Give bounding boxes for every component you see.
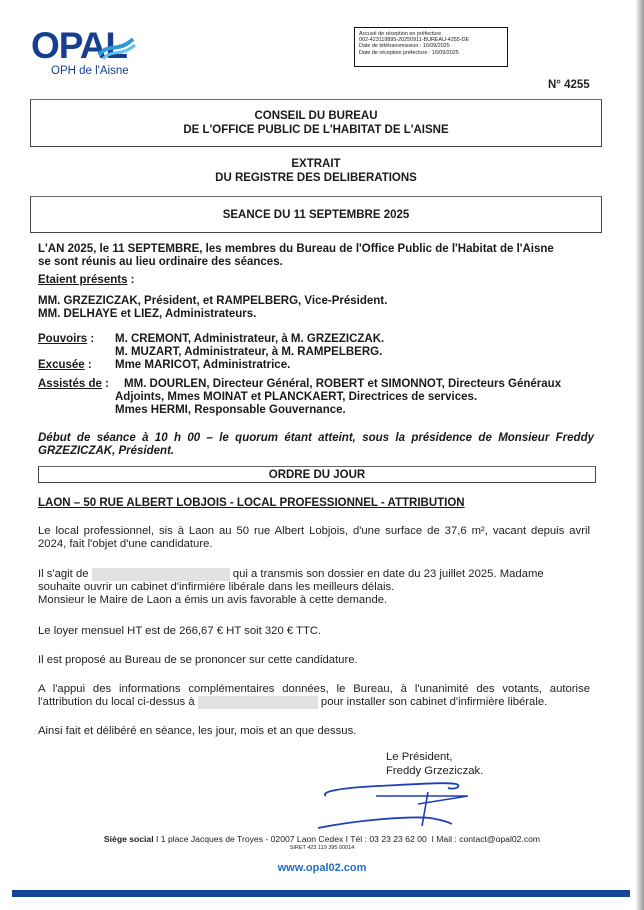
assistes-label: Assistés de [38, 378, 102, 390]
body-text: Il s'agit de [38, 568, 92, 581]
session-date: SEANCE DU 11 SEPTEMBRE 2025 [31, 208, 601, 222]
presents-line: MM. DELHAYE et LIEZ, Administrateurs. [38, 308, 387, 321]
label-colon: : [102, 378, 109, 390]
signatory-title: Le Président, [386, 750, 483, 764]
excusee-line: Mme MARICOT, Administratrice. [115, 359, 290, 372]
footer-website-link[interactable]: www.opal02.com [0, 862, 644, 874]
footer-bar [12, 890, 630, 897]
opal-logo: OPAL OPH de l'Aisne [31, 27, 146, 79]
body-paragraph-3: Le loyer mensuel HT est de 266,67 € HT s… [38, 625, 590, 638]
footer-address: Siège social I 1 place Jacques de Troyes… [0, 834, 644, 844]
presents-label: Etaient présents [38, 274, 127, 286]
footer-address-text: I 1 place Jacques de Troyes - 02007 Laon… [154, 834, 540, 844]
footer-siege-label: Siège social [104, 834, 154, 844]
logo-wave-icon [97, 35, 137, 61]
body-paragraph-2: Il s'agit de qui a transmis son dossier … [38, 568, 590, 607]
register-title: DU REGISTRE DES DELIBERATIONS [30, 171, 602, 185]
body-line: Le local professionnel, sis à Laon au 50… [38, 525, 590, 538]
page-edge-shadow [636, 0, 644, 910]
pouvoirs-label: Pouvoirs [38, 333, 87, 345]
prefecture-receipt-stamp: Accusé de réception en préfecture 002-42… [354, 27, 508, 67]
body-paragraph-4: Il est proposé au Bureau de se prononcer… [38, 654, 590, 667]
opening-line: GRZEZICZAK, Président. [38, 445, 594, 458]
pouvoirs-line: M. CREMONT, Administrateur, à M. GRZEZIC… [115, 333, 384, 346]
council-header-box: CONSEIL DU BUREAU DE L'OFFICE PUBLIC DE … [30, 99, 602, 147]
assistes-line: MM. DOURLEN, Directeur Général, ROBERT e… [124, 378, 561, 391]
receipt-line: Date de réception préfecture : 16/09/202… [359, 50, 503, 56]
excusee-label: Excusée [38, 359, 85, 371]
session-opening: Début de séance à 10 h 00 – le quorum ét… [38, 432, 594, 458]
assistes-line: Adjoints, Mmes MOINAT et PLANCKAERT, Dir… [115, 391, 477, 404]
document-page: OPAL OPH de l'Aisne Accusé de réception … [0, 0, 636, 910]
office-title: DE L'OFFICE PUBLIC DE L'HABITAT DE L'AIS… [31, 123, 601, 137]
extract-heading: EXTRAIT DU REGISTRE DES DELIBERATIONS [30, 157, 602, 185]
presents-line: MM. GRZEZICZAK, Président, et RAMPELBERG… [38, 295, 387, 308]
body-paragraph-1: Le local professionnel, sis à Laon au 50… [38, 525, 590, 551]
presents-label-row: Etaient présents : [38, 274, 135, 287]
assistes-line: Mmes HERMI, Responsable Gouvernance. [115, 404, 346, 417]
body-line: 2024, fait l'objet d'une candidature. [38, 538, 590, 551]
presents-list: MM. GRZEZICZAK, Président, et RAMPELBERG… [38, 295, 387, 321]
intro-line: L'AN 2025, le 11 SEPTEMBRE, les membres … [38, 243, 554, 256]
agenda-title: ORDRE DU JOUR [39, 468, 595, 482]
redacted-name [92, 568, 230, 581]
intro-line: se sont réunis au lieu ordinaire des séa… [38, 256, 554, 269]
agenda-box: ORDRE DU JOUR [38, 466, 596, 483]
body-text: qui a transmis son dossier en date du 23… [230, 568, 544, 581]
signature-block: Le Président, Freddy Grzeziczak. [386, 750, 483, 778]
signatory-name: Freddy Grzeziczak. [386, 764, 483, 778]
body-line: A l'appui des informations complémentair… [38, 683, 590, 696]
council-title: CONSEIL DU BUREAU [31, 109, 601, 123]
session-box: SEANCE DU 11 SEPTEMBRE 2025 [30, 196, 602, 233]
label-colon: : [127, 274, 134, 286]
body-paragraph-6: Ainsi fait et délibéré en séance, les jo… [38, 725, 590, 738]
pouvoirs-line: M. MUZART, Administrateur, à M. RAMPELBE… [115, 346, 382, 359]
body-line: Il s'agit de qui a transmis son dossier … [38, 568, 590, 581]
body-text: pour installer son cabinet d'infirmière … [318, 696, 547, 709]
intro-paragraph: L'AN 2025, le 11 SEPTEMBRE, les membres … [38, 243, 554, 269]
opening-line: Début de séance à 10 h 00 – le quorum ét… [38, 432, 594, 445]
footer-siret: SIRET 423 119 395 00014 [0, 845, 644, 851]
redacted-name [198, 696, 318, 709]
handwritten-signature-icon [318, 782, 488, 832]
label-colon: : [85, 359, 92, 371]
label-colon: : [87, 333, 94, 345]
logo-subtitle: OPH de l'Aisne [51, 65, 129, 77]
deliberation-number: N° 4255 [548, 79, 590, 91]
body-text: l'attribution du local ci-dessus à [38, 696, 198, 709]
body-line: Monsieur le Maire de Laon a émis un avis… [38, 594, 590, 607]
body-paragraph-5: A l'appui des informations complémentair… [38, 683, 590, 709]
extract-title: EXTRAIT [30, 157, 602, 171]
body-line: l'attribution du local ci-dessus à pour … [38, 696, 590, 709]
agenda-subject: LAON – 50 RUE ALBERT LOBJOIS - LOCAL PRO… [38, 497, 465, 510]
body-line: souhaite ouvrir un cabinet d'infirmière … [38, 581, 590, 594]
